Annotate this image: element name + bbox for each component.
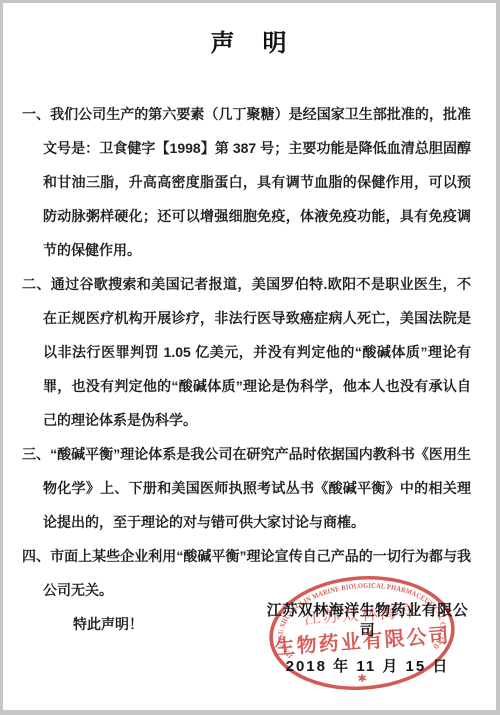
document-title: 声 明 [3, 23, 496, 58]
statement-item-3: 三、“酸碱平衡”理论体系是我公司在研究产品时依据国内教科书《医用生物化学》上、下… [22, 437, 471, 539]
item-2-text: 通过谷歌搜索和美国记者报道，美国罗伯特.欧阳不是职业医生，不在正规医疗机构开展诊… [43, 276, 471, 428]
signature-block: 江苏双林海洋生物药业有限公司 2018 年 11 月 15 日 [265, 601, 470, 676]
statement-item-1: 一、我们公司生产的第六要素（几丁聚糖）是经国家卫生部批准的，批准文号是：卫食健字… [22, 97, 471, 267]
statement-item-2: 二、通过谷歌搜索和美国记者报道，美国罗伯特.欧阳不是职业医生，不在正规医疗机构开… [22, 267, 471, 437]
statement-document: 声 明 一、我们公司生产的第六要素（几丁聚糖）是经国家卫生部批准的，批准文号是：… [3, 3, 496, 710]
item-1-text: 我们公司生产的第六要素（几丁聚糖）是经国家卫生部批准的，批准文号是：卫食健字【1… [43, 106, 471, 258]
item-3-text: “酸碱平衡”理论体系是我公司在研究产品时依据国内教科书《医用生物化学》上、下册和… [43, 446, 471, 530]
item-3-marker: 三、 [22, 446, 50, 462]
item-2-marker: 二、 [22, 276, 51, 292]
item-1-marker: 一、 [22, 106, 50, 122]
item-4-marker: 四、 [22, 548, 50, 564]
signature-date: 2018 年 11 月 15 日 [265, 655, 470, 676]
signature-company-name: 江苏双林海洋生物药业有限公司 [265, 601, 470, 641]
